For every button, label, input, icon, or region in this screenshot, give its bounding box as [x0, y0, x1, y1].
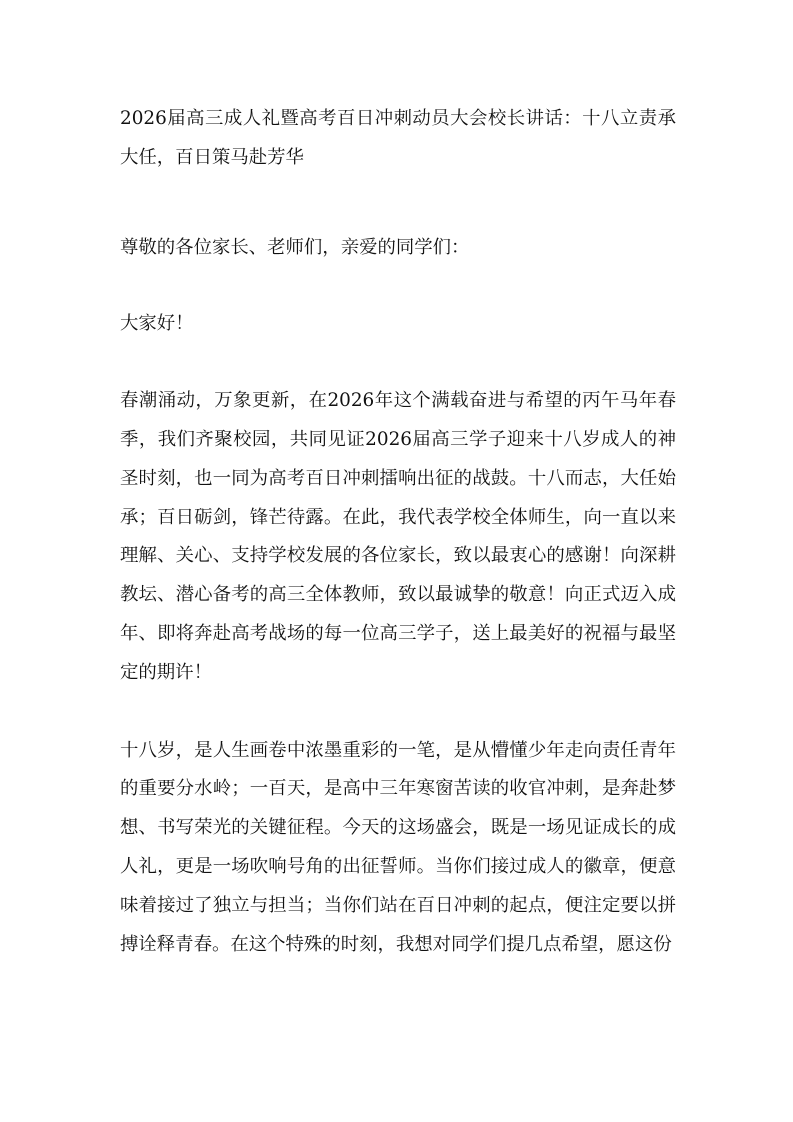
document-page: 2026届高三成人礼暨高考百日冲刺动员大会校长讲话：十八立责承大任，百日策马赴芳…: [120, 100, 676, 964]
paragraph: 十八岁，是人生画卷中浓墨重彩的一笔，是从懵懂少年走向责任青年的重要分水岭；一百天…: [120, 732, 676, 965]
salutation: 尊敬的各位家长、老师们，亲爱的同学们：: [120, 229, 676, 268]
greeting: 大家好！: [120, 305, 676, 344]
paragraph: 春潮涌动，万象更新，在2026年这个满载奋进与希望的丙午马年春季，我们齐聚校园，…: [120, 382, 676, 692]
document-title: 2026届高三成人礼暨高考百日冲刺动员大会校长讲话：十八立责承大任，百日策马赴芳…: [120, 100, 676, 178]
